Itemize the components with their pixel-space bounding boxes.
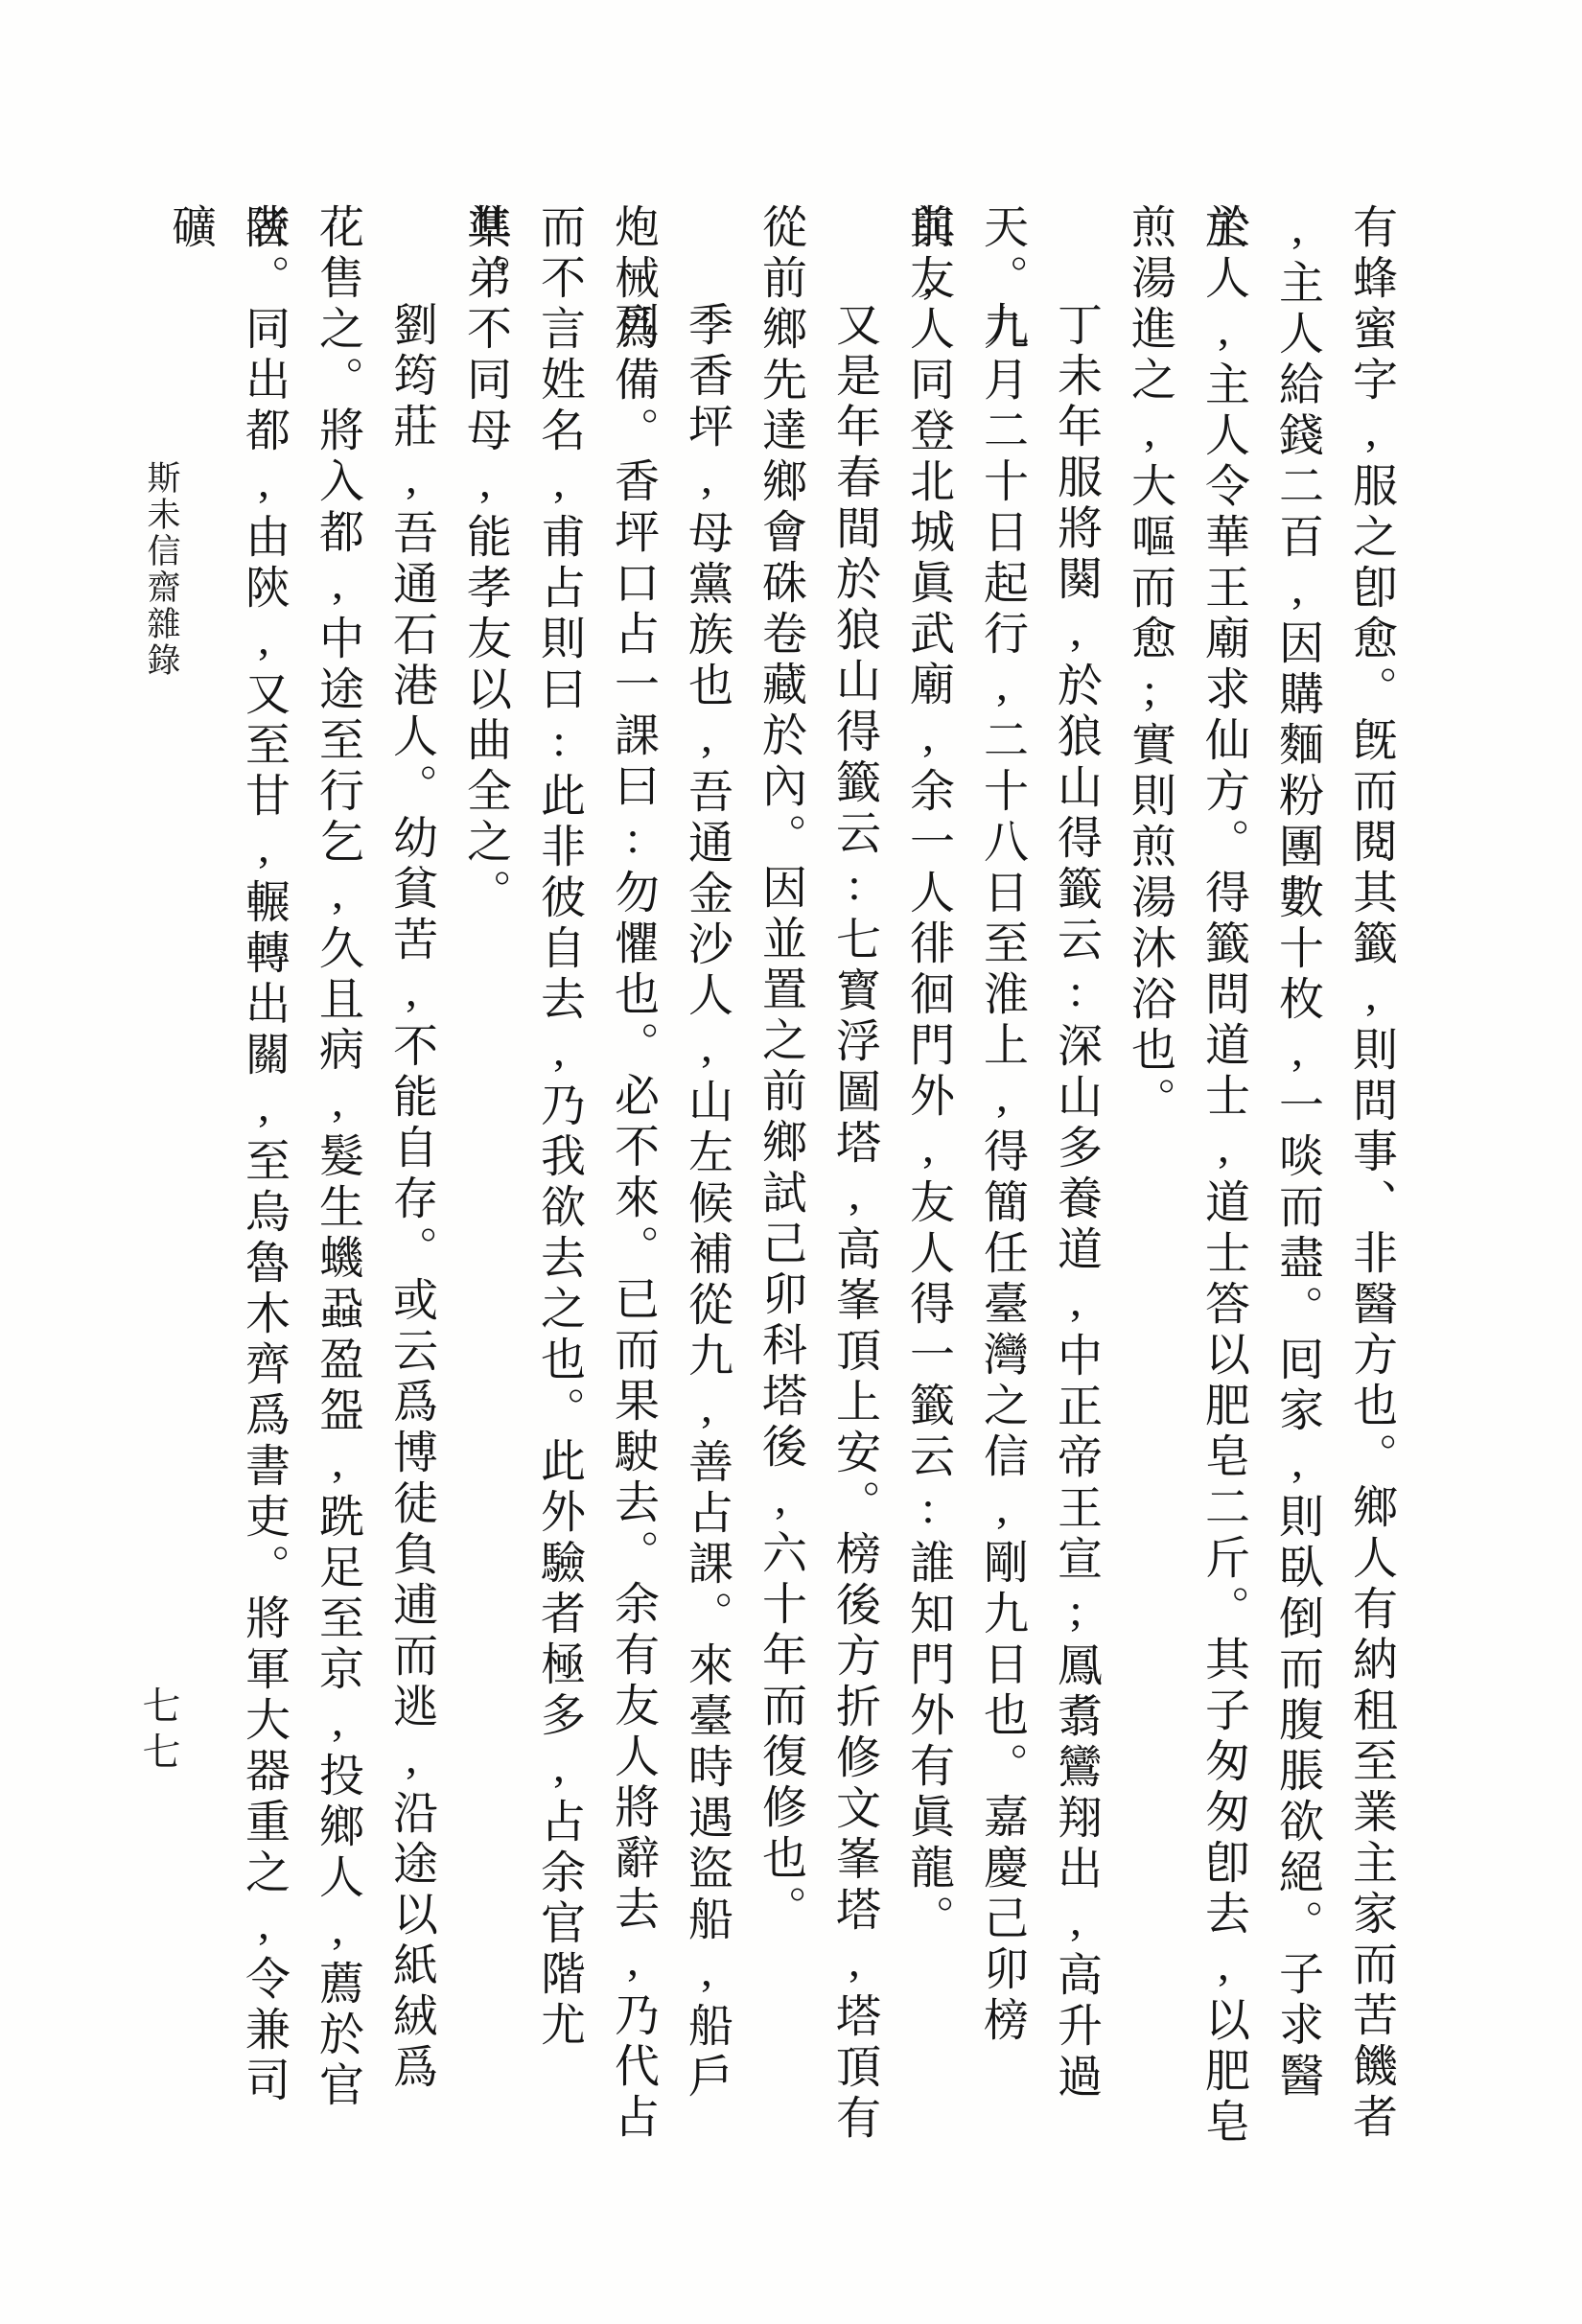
text-column: 主人,主人令華王廟求仙方。得籤問道士,道士答以肥皂二斤。其子匆匆卽去,以肥皂	[1186, 203, 1260, 2150]
book-title-margin-label: 斯未信齋雜錄	[140, 460, 182, 679]
text-column: 花售之。將入都,中途至行乞,久且病,髮生蟣蝨盈盌,跣足至京,投鄉人,薦於官陝	[300, 203, 374, 2150]
text-column: 天。九月二十日起行,二十八日至淮上,得簡任臺灣之信,剛九日也。嘉慶己卯榜前,	[965, 203, 1038, 2150]
text-column: 劉筠莊,吾通石港人。幼貧苦,不能自存。或云爲博徒負逋而逃,沿途以紙絨爲	[374, 203, 448, 2150]
folio-page-number: 七七	[137, 1685, 179, 1778]
text-column: 與友人同登北城眞武廟,余一人徘徊門外,友人得一籤云:誰知門外有眞龍。	[891, 203, 965, 2150]
text-column: 而不言姓名,甫占則曰:此非彼自去,乃我欲去之也。此外驗者極多,占余官階尤準。	[522, 203, 595, 2150]
text-column: 炮械爲備。香坪口占一課曰:勿懼也。必不來。已而果駛去。余有友人將辭去,乃代占	[595, 203, 669, 2150]
main-text-block: 有蜂蜜字,服之卽愈。旣而閱其籤,則問事、非醫方也。鄉人有納租至業主家而苦饑者 ,…	[222, 203, 1408, 2150]
text-column: ,主人給錢二百,因購麵粉團數十枚,一啖而盡。囘家,則臥倒而腹脹欲絕。子求醫於	[1260, 203, 1334, 2150]
text-column: 又是年春間於狼山得籤云:七寳浮圖塔,高峯頂上安。榜後方折修文峯塔,塔頂有	[817, 203, 891, 2150]
text-column: 煎湯進之,大嘔而愈;實則煎湯沐浴也。	[1112, 203, 1186, 2150]
text-column: 其弟不同母,能孝友以曲全之。	[448, 203, 522, 2150]
text-column: 者。同出都,由陝,又至甘,輾轉出關,至烏魯木齊爲書吏。將軍大器重之,令兼司礦	[226, 203, 300, 2150]
scanned-book-page: { "page": { "background": "#fefefd", "in…	[0, 0, 1582, 2324]
text-column: 有蜂蜜字,服之卽愈。旣而閱其籤,則問事、非醫方也。鄉人有納租至業主家而苦饑者	[1334, 203, 1408, 2150]
page-background: 有蜂蜜字,服之卽愈。旣而閱其籤,則問事、非醫方也。鄉人有納租至業主家而苦饑者 ,…	[0, 0, 1582, 2324]
text-column: 丁未年服將闋,於狼山得籤云:深山多養道,中正帝王宣;鳳翥鸞翔出,高升過九	[1038, 203, 1112, 2150]
text-column: 季香坪,母黨族也,吾通金沙人,山左候補從九,善占課。來臺時遇盜船,船戶列	[669, 203, 743, 2150]
text-column: 從前鄉先達鄉會硃卷藏於內。因並置之前鄉試己卯科塔後,六十年而復修也。	[743, 203, 817, 2150]
